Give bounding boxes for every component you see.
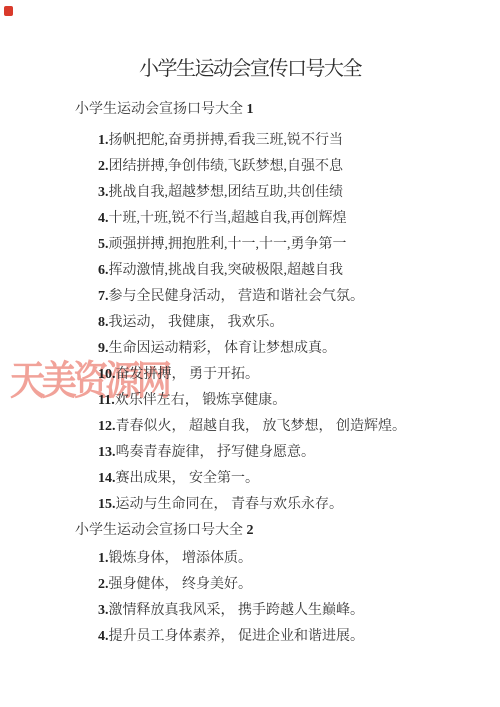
item-text: 欢乐伴左右， 锻炼享健康。 [115, 393, 287, 408]
item-text: 青春似火， 超越自我， 放飞梦想， 创造辉煌。 [116, 419, 407, 434]
item-text: 运动与生命同在， 青春与欢乐永存。 [116, 497, 344, 512]
item-text: 鸣奏青春旋律， 抒写健身愿意。 [116, 445, 316, 460]
section-heading-text: 小学生运动会宣扬口号大全 [75, 102, 243, 117]
item-number: 1. [98, 551, 109, 566]
item-text: 我运动， 我健康， 我欢乐。 [109, 315, 284, 330]
item-text: 激情释放真我风采， 携手跨越人生巅峰。 [109, 603, 365, 618]
item-number: 2. [98, 159, 109, 174]
slogan-item: 15.运动与生命同在， 青春与欢乐永存。 [98, 497, 482, 513]
item-number: 10. [98, 367, 116, 382]
item-text: 锻炼身体， 增添体质。 [109, 551, 253, 566]
slogan-item: 1.锻炼身体， 增添体质。 [98, 551, 482, 567]
item-text: 团结拼搏,争创伟绩,飞跃梦想,自强不息 [109, 159, 344, 174]
article-body: 小学生运动会宣传口号大全 小学生运动会宣扬口号大全 1 1.扬帆把舵,奋勇拼搏,… [0, 0, 500, 645]
slogan-item: 2.团结拼搏,争创伟绩,飞跃梦想,自强不息 [98, 159, 482, 175]
item-text: 强身健体， 终身美好。 [109, 577, 253, 592]
item-text: 参与全民健身活动， 营造和谐社会气氛。 [109, 289, 365, 304]
item-text: 提升员工身体素养， 促进企业和谐进展。 [109, 629, 365, 644]
slogan-item: 14.赛出成果， 安全第一。 [98, 471, 482, 487]
item-number: 9. [98, 341, 109, 356]
item-number: 2. [98, 577, 109, 592]
slogan-item: 7.参与全民健身活动， 营造和谐社会气氛。 [98, 289, 482, 305]
item-number: 15. [98, 497, 116, 512]
item-number: 14. [98, 471, 116, 486]
item-number: 6. [98, 263, 109, 278]
slogan-item: 3.激情释放真我风采， 携手跨越人生巅峰。 [98, 603, 482, 619]
item-number: 13. [98, 445, 116, 460]
item-text: 生命因运动精彩， 体育让梦想成真。 [109, 341, 337, 356]
item-text: 挑战自我,超越梦想,团结互助,共创佳绩 [109, 185, 344, 200]
item-number: 8. [98, 315, 109, 330]
item-number: 3. [98, 603, 109, 618]
slogan-item: 8.我运动， 我健康， 我欢乐。 [98, 315, 482, 331]
section-heading-1: 小学生运动会宣扬口号大全 1 [75, 102, 500, 118]
slogan-item: 4.提升员工身体素养， 促进企业和谐进展。 [98, 629, 482, 645]
page-title: 小学生运动会宣传口号大全 [0, 0, 500, 82]
slogan-item: 2.强身健体， 终身美好。 [98, 577, 482, 593]
slogan-item: 11.欢乐伴左右， 锻炼享健康。 [98, 393, 482, 409]
item-number: 7. [98, 289, 109, 304]
slogan-item: 1.扬帆把舵,奋勇拼搏,看我三班,锐不行当 [98, 133, 482, 149]
section-heading-2: 小学生运动会宣扬口号大全 2 [75, 523, 500, 539]
item-number: 12. [98, 419, 116, 434]
slogan-item: 5.顽强拼搏,拥抱胜利,十一,十一,勇争第一 [98, 237, 482, 253]
item-text: 顽强拼搏,拥抱胜利,十一,十一,勇争第一 [109, 237, 347, 252]
section-heading-number: 2 [247, 523, 254, 538]
item-number: 5. [98, 237, 109, 252]
item-number: 4. [98, 211, 109, 226]
slogan-item: 4.十班,十班,锐不行当,超越自我,再创辉煌 [98, 211, 482, 227]
corner-mark-icon [4, 6, 13, 16]
item-text: 挥动激情,挑战自我,突破极限,超越自我 [109, 263, 344, 278]
item-text: 赛出成果， 安全第一。 [116, 471, 260, 486]
slogan-item: 9.生命因运动精彩， 体育让梦想成真。 [98, 341, 482, 357]
slogan-item: 10.奋发拼搏， 勇于开拓。 [98, 367, 482, 383]
slogan-item: 13.鸣奏青春旋律， 抒写健身愿意。 [98, 445, 482, 461]
item-number: 3. [98, 185, 109, 200]
slogan-item: 12.青春似火， 超越自我， 放飞梦想， 创造辉煌。 [98, 419, 482, 435]
section-heading-number: 1 [247, 102, 254, 117]
item-text: 扬帆把舵,奋勇拼搏,看我三班,锐不行当 [109, 133, 344, 148]
item-text: 十班,十班,锐不行当,超越自我,再创辉煌 [109, 211, 347, 226]
item-text: 奋发拼搏， 勇于开拓。 [116, 367, 260, 382]
slogan-item: 6.挥动激情,挑战自我,突破极限,超越自我 [98, 263, 482, 279]
slogan-item: 3.挑战自我,超越梦想,团结互助,共创佳绩 [98, 185, 482, 201]
item-number: 4. [98, 629, 109, 644]
item-number: 11. [98, 393, 115, 408]
section-heading-text: 小学生运动会宣扬口号大全 [75, 523, 243, 538]
item-number: 1. [98, 133, 109, 148]
